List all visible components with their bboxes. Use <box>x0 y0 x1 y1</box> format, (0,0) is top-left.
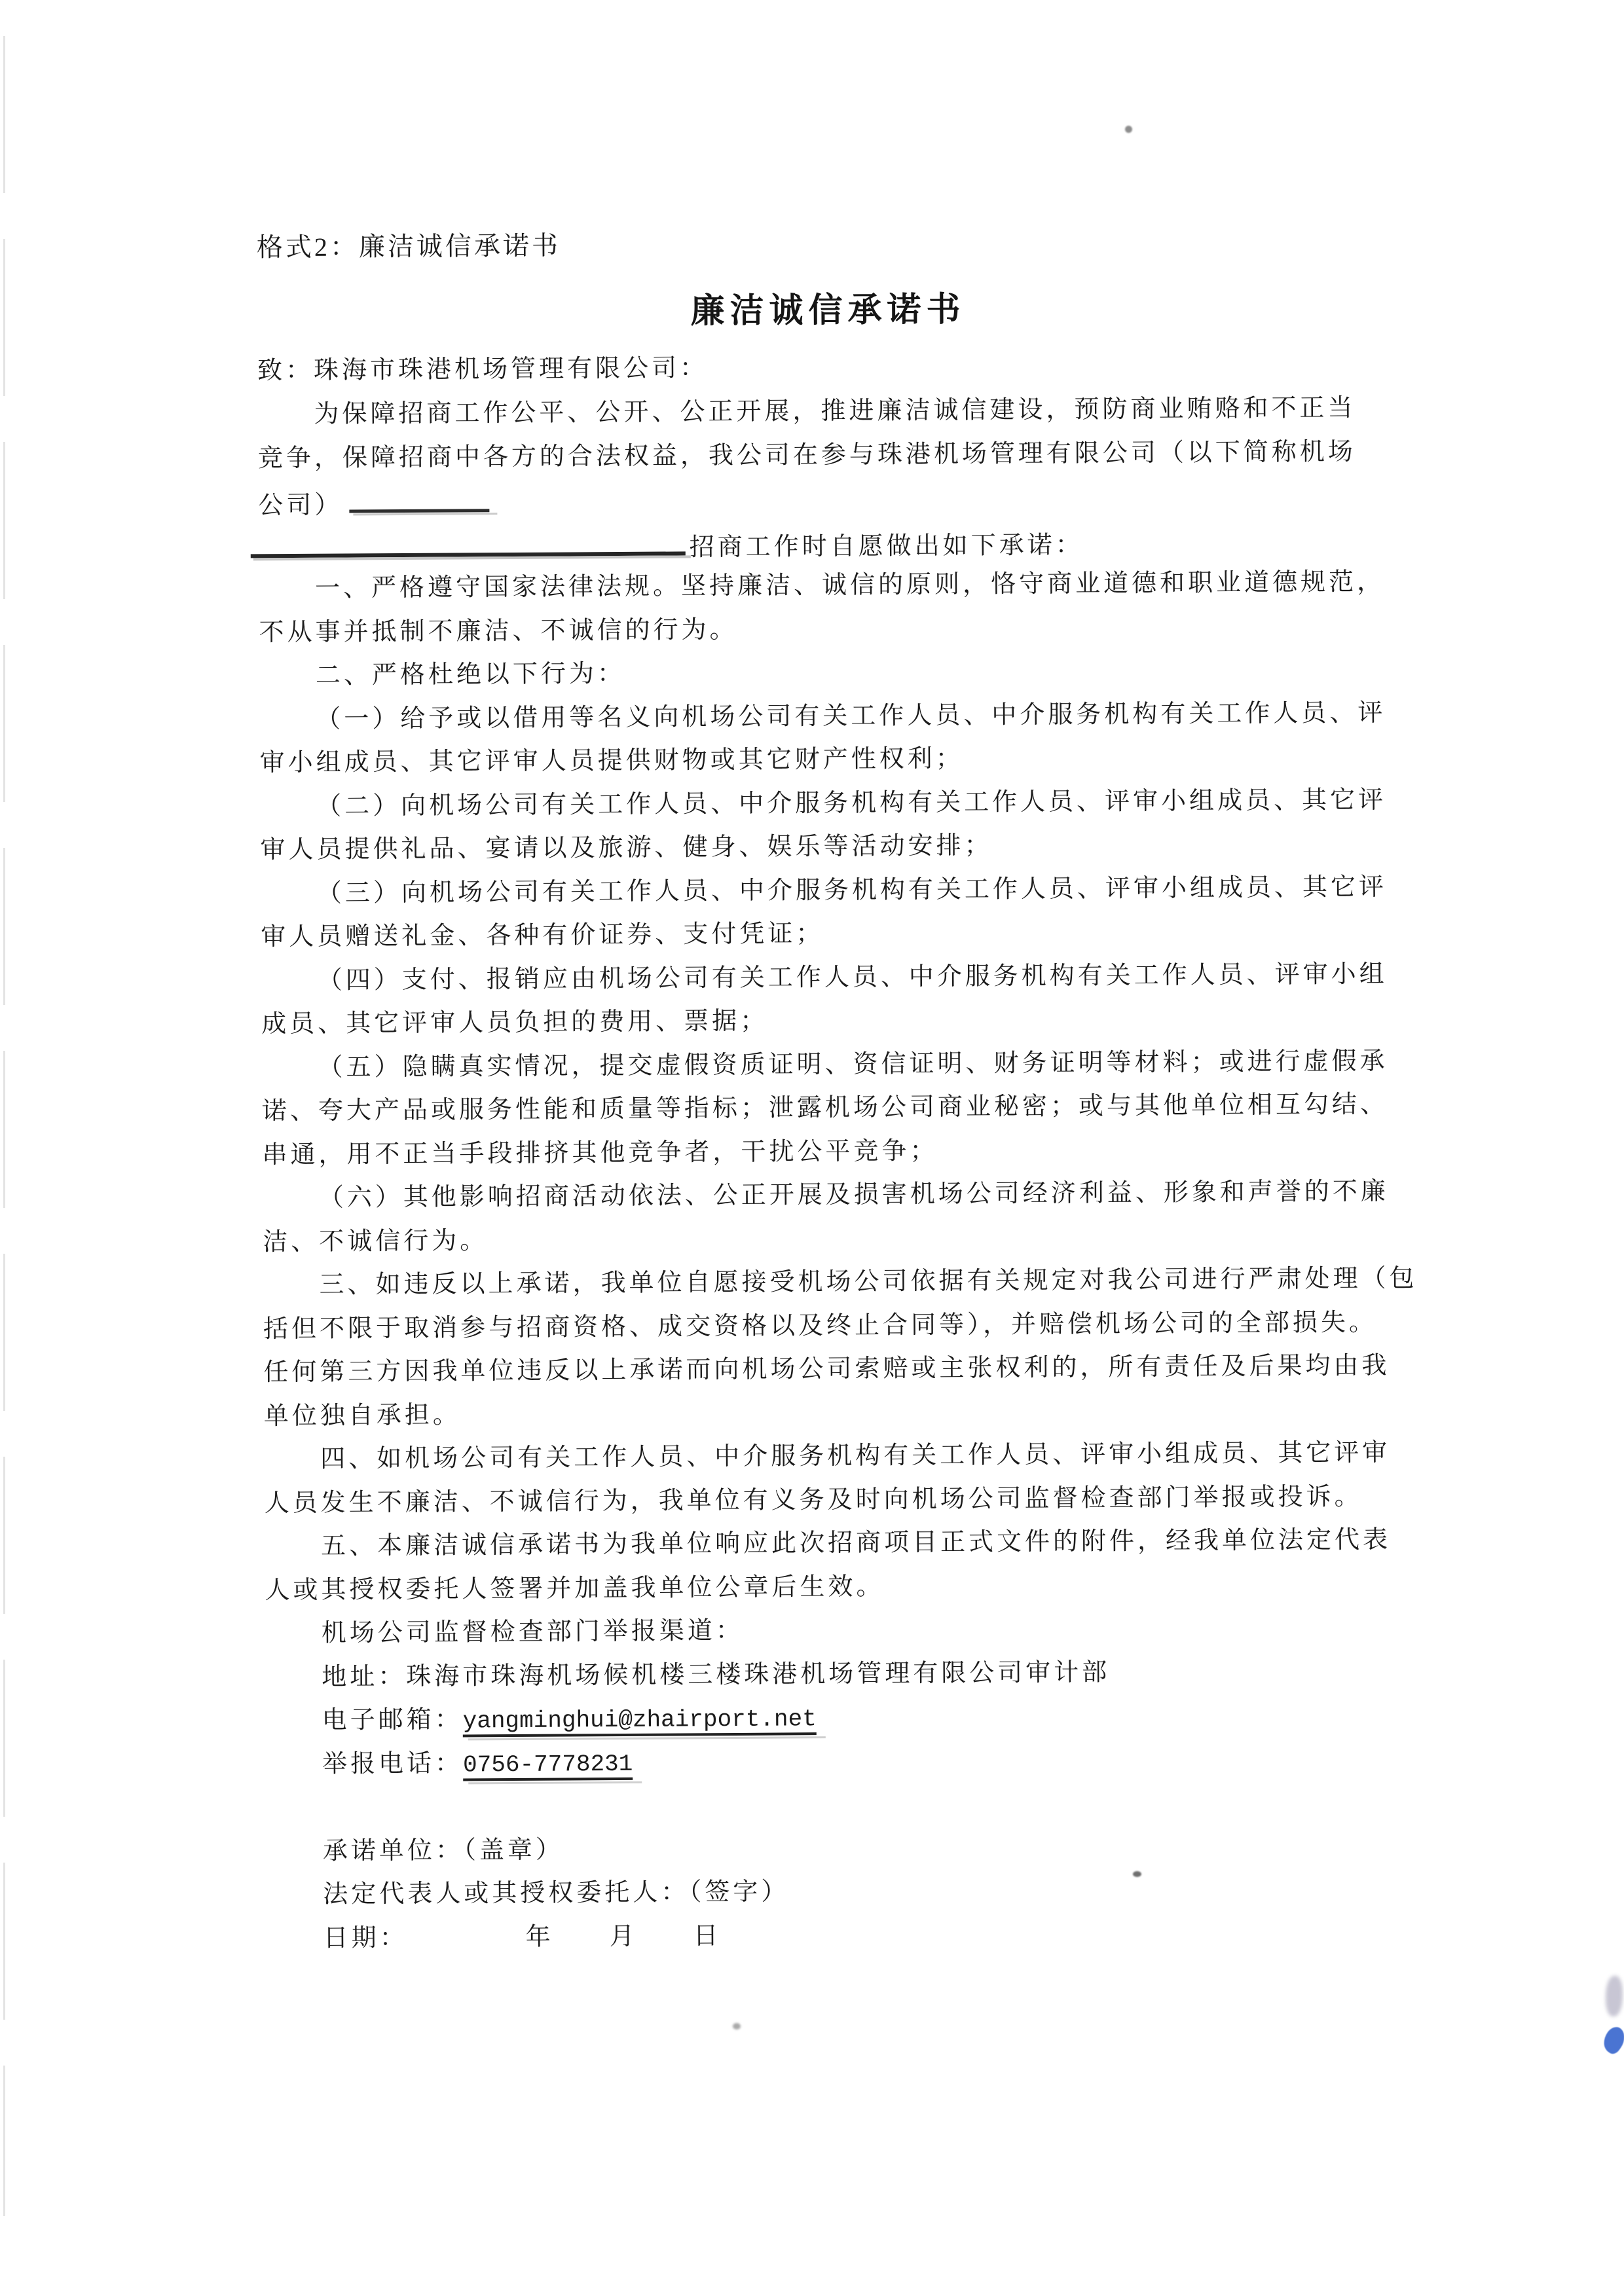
document-line: （六）其他影响招商活动依法、公正开展及损害机场公司经济利益、形象和声誉的不廉 <box>263 1170 1405 1220</box>
dust-speck <box>1125 126 1132 133</box>
document-line: 成员、其它评审人员负担的费用、票据； <box>261 996 1403 1046</box>
document-line: 诺、夸大产品或服务性能和质量等指标；泄露机场公司商业秘密；或与其他单位相互勾结、 <box>262 1083 1404 1133</box>
format-label: 格式2：廉洁诚信承诺书 <box>257 224 1399 270</box>
date-day-label: 日 <box>693 1922 722 1950</box>
document-line: 承诺单位：（盖章） <box>267 1823 1409 1873</box>
document-line: 审人员赠送礼金、各种有价证券、支付凭证； <box>261 909 1403 959</box>
document-line: 单位独自承担。 <box>264 1387 1406 1438</box>
document-line: 不从事并抵制不廉洁、不诚信的行为。 <box>259 604 1401 654</box>
document-line: 电子邮箱：yangminghui@zhairport.net <box>265 1692 1407 1743</box>
phone-value: 0756-7778231 <box>463 1750 633 1781</box>
dust-speck <box>733 2023 741 2030</box>
document-line: 招商工作时自愿做出如下承诺： <box>258 517 1400 567</box>
document-line: （三）向机场公司有关工作人员、中介服务机构有关工作人员、评审小组成员、其它评 <box>261 865 1403 915</box>
document-line: 审人员提供礼品、宴请以及旅游、健身、娱乐等活动安排； <box>260 822 1402 872</box>
document-line: 四、如机场公司有关工作人员、中介服务机构有关工作人员、评审小组成员、其它评审 <box>264 1431 1406 1482</box>
document-line: 人或其授权委托人签署并加盖我单位公章后生效。 <box>265 1561 1407 1612</box>
blank-underline-short <box>349 479 489 513</box>
document-line: 三、如违反以上承诺，我单位自愿接受机场公司依据有关规定对我公司进行严肃处理（包 <box>263 1257 1405 1307</box>
document-line: 一、严格遵守国家法律法规。坚持廉洁、诚信的原则，恪守商业道德和职业道德规范， <box>259 560 1401 611</box>
document-title: 廉洁诚信承诺书 <box>257 287 1399 340</box>
date-year-label: 年 <box>526 1923 554 1950</box>
document-line: 公司） <box>258 473 1400 524</box>
document-lines: 为保障招商工作公平、公开、公正开展，推进廉洁诚信建设，预防商业贿赂和不正当竞争，… <box>257 386 1409 1961</box>
document-line: 日期：年月日 <box>267 1910 1409 1960</box>
document-line: 法定代表人或其授权委托人：（签字） <box>267 1867 1409 1917</box>
document-line: （五）隐瞒真实情况，提交虚假资质证明、资信证明、财务证明等材料；或进行虚假承 <box>261 1039 1403 1089</box>
document-line: 串通，用不正当手段排挤其他竞争者，干扰公平竞争； <box>262 1126 1404 1176</box>
email-value: yangminghui@zhairport.net <box>463 1705 817 1738</box>
document-line: 为保障招商工作公平、公开、公正开展，推进廉洁诚信建设，预防商业贿赂和不正当 <box>257 386 1399 437</box>
document-line <box>266 1779 1408 1830</box>
document-line: （二）向机场公司有关工作人员、中介服务机构有关工作人员、评审小组成员、其它评 <box>260 778 1402 828</box>
document-line: 人员发生不廉洁、不诚信行为，我单位有义务及时向机场公司监督检查部门举报或投诉。 <box>264 1474 1406 1525</box>
scanner-edge-artifact <box>3 36 5 2216</box>
document-line: （四）支付、报销应由机场公司有关工作人员、中介服务机构有关工作人员、评审小组 <box>261 952 1403 1002</box>
document-line: 任何第三方因我单位违反以上承诺而向机场公司索赔或主张权利的，所有责任及后果均由我 <box>263 1344 1405 1394</box>
document-content: 格式2：廉洁诚信承诺书 廉洁诚信承诺书 致：珠海市珠港机场管理有限公司： 为保障… <box>257 224 1409 1961</box>
document-line: 地址：珠海市珠海机场候机楼三楼珠港机场管理有限公司审计部 <box>265 1649 1407 1699</box>
blue-ink-mark <box>1598 2024 1624 2056</box>
document-line: 括但不限于取消参与招商资格、成交资格以及终止合同等），并赔偿机场公司的全部损失。 <box>263 1300 1405 1351</box>
gray-smudge-artifact <box>1606 1976 1623 2016</box>
date-month-label: 月 <box>610 1922 638 1950</box>
document-line: 二、严格杜绝以下行为： <box>259 647 1401 698</box>
document-line: 举报电话：0756-7778231 <box>266 1736 1408 1786</box>
salutation-line: 致：珠海市珠港机场管理有限公司： <box>257 346 1399 393</box>
scanned-document-page: 格式2：廉洁诚信承诺书 廉洁诚信承诺书 致：珠海市珠港机场管理有限公司： 为保障… <box>0 0 1624 2296</box>
document-line: 五、本廉洁诚信承诺书为我单位响应此次招商项目正式文件的附件，经我单位法定代表 <box>265 1518 1407 1569</box>
blank-underline-long <box>250 521 685 558</box>
document-line: 机场公司监督检查部门举报渠道： <box>265 1605 1407 1656</box>
document-line: 审小组成员、其它评审人员提供财物或其它财产性权利； <box>260 735 1402 785</box>
document-line: 洁、不诚信行为。 <box>263 1213 1405 1264</box>
document-line: （一）给予或以借用等名义向机场公司有关工作人员、中介服务机构有关工作人员、评 <box>259 691 1401 741</box>
document-line: 竞争，保障招商中各方的合法权益，我公司在参与珠港机场管理有限公司（以下简称机场 <box>258 429 1400 480</box>
